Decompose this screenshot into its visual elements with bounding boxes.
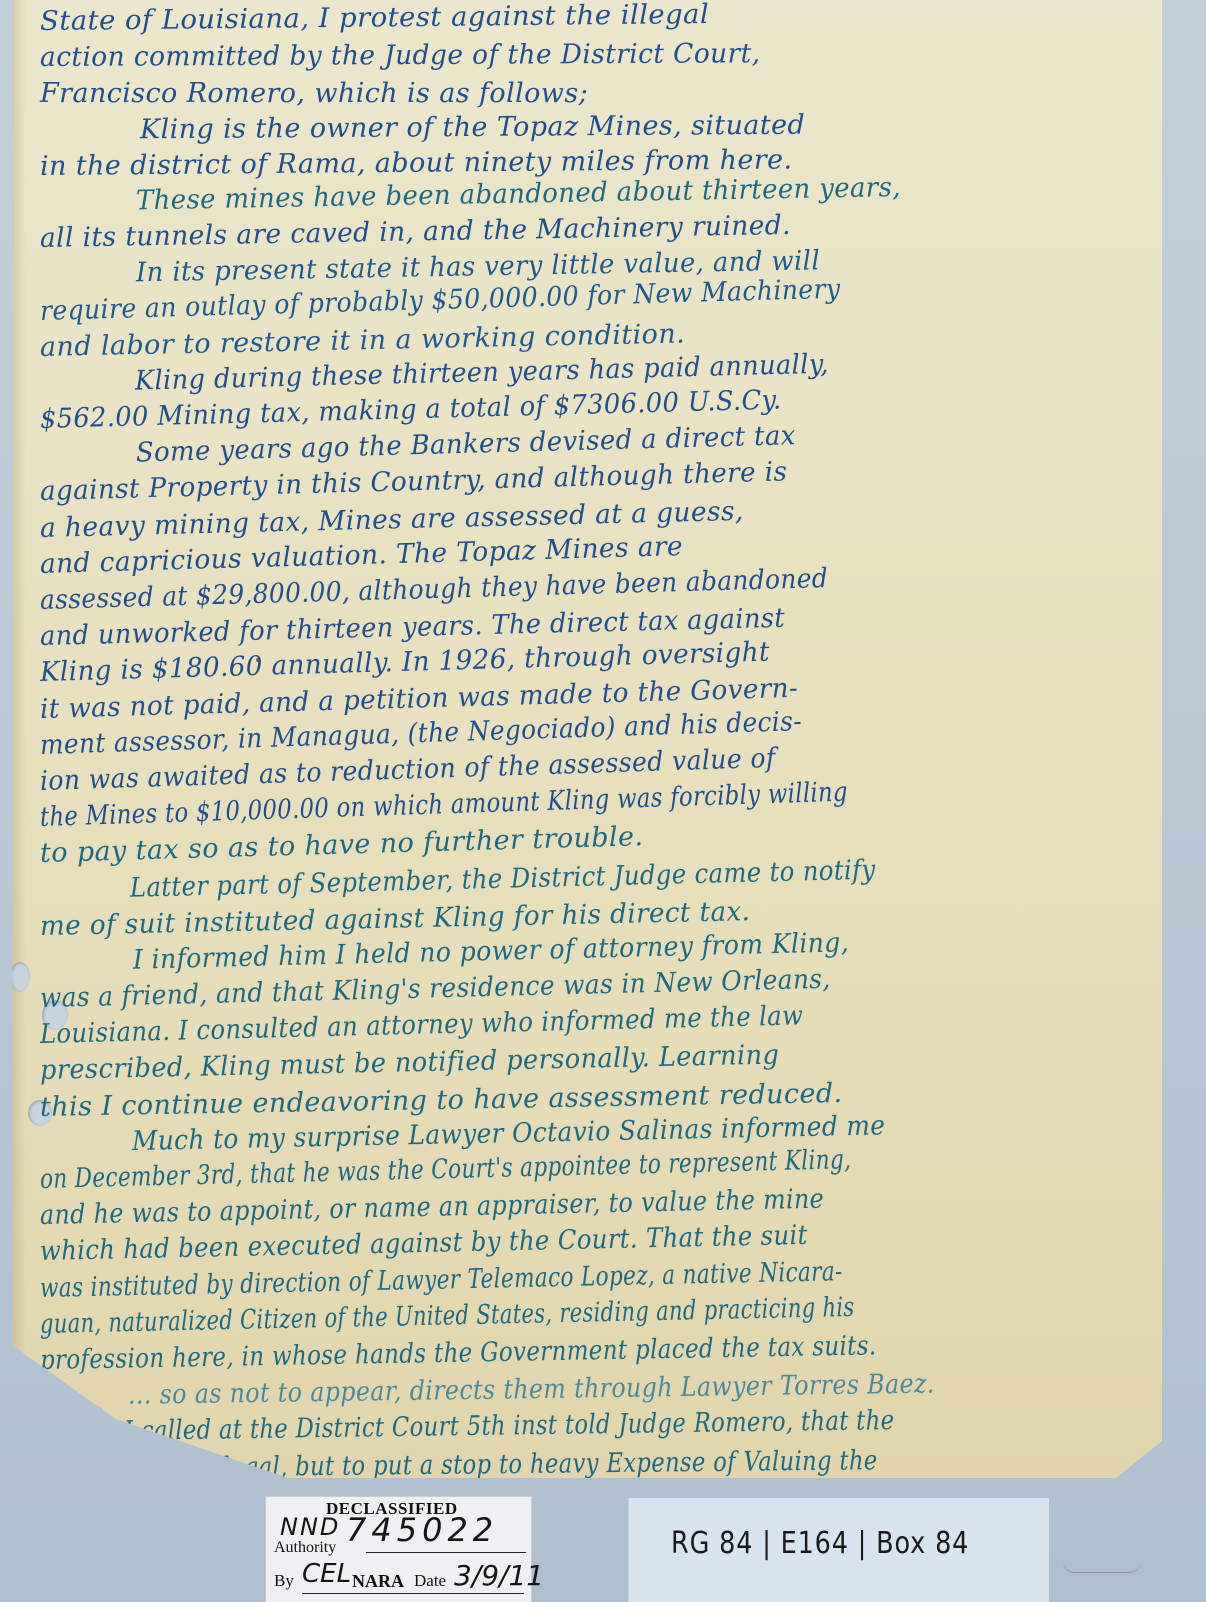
declassified-stamp: DECLASSIFIED NND Authority 745022 By CEL… (265, 1496, 532, 1602)
by-initials: CEL (302, 1559, 351, 1589)
by-date-underline (302, 1593, 524, 1594)
by-label: By (274, 1571, 294, 1591)
archive-box-label: RG 84 | E164 | Box 84 (628, 1498, 1049, 1602)
letter-page: State of Louisiana, I protest against th… (12, 0, 1162, 1478)
authority-number: 745022 (346, 1511, 498, 1549)
punch-hole (10, 962, 30, 992)
record-group-text: RG 84 | E164 | Box 84 (671, 1526, 969, 1561)
authority-underline (366, 1552, 526, 1553)
handwritten-text: State of Louisiana, I protest against th… (40, 4, 1160, 1488)
authority-label: Authority (274, 1539, 336, 1557)
text-line: action committed by the Judge of the Dis… (40, 34, 1138, 76)
authority-prefix: NND (280, 1513, 340, 1541)
agency-label: NARA (352, 1571, 404, 1592)
date-value: 3/9/11 (454, 1559, 544, 1592)
pen-mark (1062, 1560, 1142, 1573)
date-label: Date (414, 1571, 446, 1591)
